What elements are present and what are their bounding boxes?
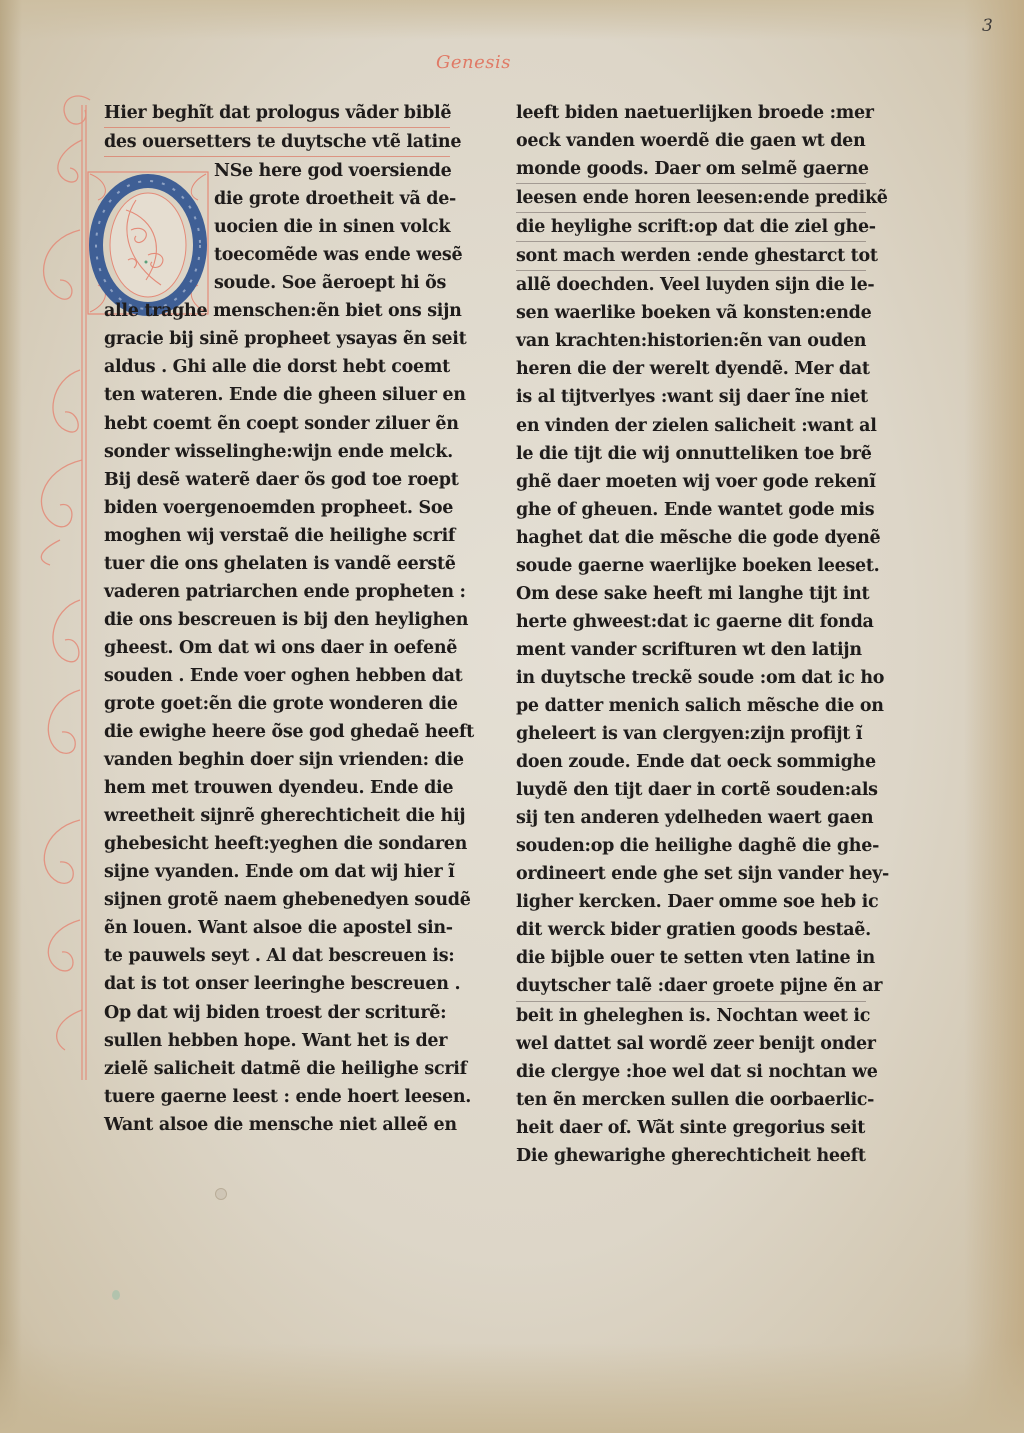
paper-edge-top <box>0 0 1024 40</box>
text-line: die clergye :hoe wel dat si nochtan we <box>516 1058 866 1086</box>
text-line: vanden beghin doer sijn vrienden: die <box>104 746 450 774</box>
right-text-column: leeft biden naetuerlijken broede :mer oe… <box>516 99 866 1170</box>
text-line: die ons bescreuen is bij den heylighen <box>104 606 450 634</box>
text-line: tuere gaerne leest : ende hoert leesen. <box>104 1083 450 1111</box>
text-line: sijne vyanden. Ende om dat wij hier ĩ <box>104 858 450 886</box>
text-line: heren die der werelt dyendẽ. Mer dat <box>516 355 866 383</box>
text-line: monde goods. Daer om selmẽ gaerne <box>516 155 866 184</box>
text-line: dat is tot onser leeringhe bescreuen . <box>104 970 450 998</box>
text-line: wel dattet sal wordẽ zeer benijt onder <box>516 1030 866 1058</box>
text-line: NSe here god voersiende <box>104 157 450 185</box>
text-line: Op dat wij biden troest der scriturẽ: <box>104 999 450 1027</box>
text-line: leesen ende horen leesen:ende predikẽ <box>516 184 866 213</box>
prologue-heading-line: des ouersetters te duytsche vtẽ latine <box>104 128 450 157</box>
text-line: aldus . Ghi alle die dorst hebt coemt <box>104 353 450 381</box>
paper-edge-bottom <box>0 1343 1024 1433</box>
text-line: moghen wij verstaẽ die heilighe scrif <box>104 522 450 550</box>
text-line: gracie bij sinẽ propheet ysayas ẽn seit <box>104 325 450 353</box>
text-line: van krachten:historien:ẽn van ouden <box>516 327 866 355</box>
text-line: haghet dat die mẽsche die gode dyenẽ <box>516 524 866 552</box>
text-line: Die ghewarighe gherechticheit heeft <box>516 1142 866 1170</box>
text-line: ten ẽn mercken sullen die oorbaerlic- <box>516 1086 866 1114</box>
text-line: leeft biden naetuerlijken broede :mer <box>516 99 866 127</box>
text-line: sijnen grotẽ naem ghebenedyen soudẽ <box>104 886 450 914</box>
text-line: ghẽ daer moeten wij voer gode rekenĩ <box>516 468 866 496</box>
text-line: duytscher talẽ :daer groete pijne ẽn ar <box>516 972 866 1001</box>
paper-stain <box>112 1290 120 1300</box>
text-line: soude gaerne waerlijke boeken leeset. <box>516 552 866 580</box>
text-line: en vinden der zielen salicheit :want al <box>516 412 866 440</box>
text-line: ligher kercken. Daer omme soe heb ic <box>516 888 866 916</box>
text-line: tuer die ons ghelaten is vandẽ eerstẽ <box>104 550 450 578</box>
paper-stain <box>215 1188 227 1200</box>
manuscript-page: 3 Genesis <box>0 0 1024 1433</box>
text-line: Bij desẽ waterẽ daer õs god toe roept <box>104 466 450 494</box>
text-line: ordineert ende ghe set sijn vander hey- <box>516 860 866 888</box>
text-line: hem met trouwen dyendeu. Ende die <box>104 774 450 802</box>
text-line: gheest. Om dat wi ons daer in oefenẽ <box>104 634 450 662</box>
text-line: le die tijt die wij onnutteliken toe brẽ <box>516 440 866 468</box>
text-line: sont mach werden :ende ghestarct tot <box>516 242 866 271</box>
text-line: alle traghe menschen:ẽn biet ons sijn <box>104 297 450 325</box>
text-line: dit werck bider gratien goods bestaẽ. <box>516 916 866 944</box>
text-line: gheleert is van clergyen:zijn profijt ĩ <box>516 720 866 748</box>
text-line: allẽ doechden. Veel luyden sijn die le- <box>516 271 866 299</box>
text-line: beit in gheleghen is. Nochtan weet ic <box>516 1002 866 1030</box>
text-line: te pauwels seyt . Al dat bescreuen is: <box>104 942 450 970</box>
text-line: grote goet:ẽn die grote wonderen die <box>104 690 450 718</box>
text-line: in duytsche treckẽ soude :om dat ic ho <box>516 664 866 692</box>
text-line: wreetheit sijnrẽ gherechticheit die hij <box>104 802 450 830</box>
running-head: Genesis <box>436 52 511 73</box>
text-line: souden . Ende voer oghen hebben dat <box>104 662 450 690</box>
text-line: zielẽ salicheit datmẽ die heilighe scrif <box>104 1055 450 1083</box>
text-line: Om dese sake heeft mi langhe tijt int <box>516 580 866 608</box>
text-line: luydẽ den tijt daer in cortẽ souden:als <box>516 776 866 804</box>
text-line: heit daer of. Wãt sinte gregorius seit <box>516 1114 866 1142</box>
text-line: ment vander scrifturen wt den latijn <box>516 636 866 664</box>
text-line: sullen hebben hope. Want het is der <box>104 1027 450 1055</box>
text-line: sen waerlike boeken vã konsten:ende <box>516 299 866 327</box>
folio-number: 3 <box>982 16 993 36</box>
text-line: die bijble ouer te setten vten latine in <box>516 944 866 972</box>
prologue-heading-line: Hier beghĩt dat prologus vãder biblẽ <box>104 99 450 128</box>
text-line: souden:op die heilighe daghẽ die ghe- <box>516 832 866 860</box>
text-line: die ewighe heere õse god ghedaẽ heeft <box>104 718 450 746</box>
text-line: vaderen patriarchen ende propheten : <box>104 578 450 606</box>
paper-edge-left <box>0 0 22 1433</box>
text-line: soude. Soe ãeroept hi õs <box>104 269 450 297</box>
text-line: herte ghweest:dat ic gaerne dit fonda <box>516 608 866 636</box>
paper-edge-right <box>964 0 1024 1433</box>
text-line: biden voergenoemden propheet. Soe <box>104 494 450 522</box>
text-line: toecomẽde was ende wesẽ <box>104 241 450 269</box>
text-line: ten wateren. Ende die gheen siluer en <box>104 381 450 409</box>
text-line: sonder wisselinghe:wijn ende melck. <box>104 438 450 466</box>
text-line: ghe of gheuen. Ende wantet gode mis <box>516 496 866 524</box>
text-line: uocien die in sinen volck <box>104 213 450 241</box>
text-line: die heylighe scrift:op dat die ziel ghe- <box>516 213 866 242</box>
text-line: is al tijtverlyes :want sij daer ĩne nie… <box>516 383 866 411</box>
text-line: pe datter menich salich mẽsche die on <box>516 692 866 720</box>
text-line: Want alsoe die mensche niet alleẽ en <box>104 1111 450 1139</box>
left-text-column: Hier beghĩt dat prologus vãder biblẽ des… <box>104 99 450 1139</box>
text-line: oeck vanden woerdẽ die gaen wt den <box>516 127 866 155</box>
text-line: ẽn louen. Want alsoe die apostel sin- <box>104 914 450 942</box>
text-line: die grote droetheit vã de- <box>104 185 450 213</box>
text-line: sij ten anderen ydelheden waert gaen <box>516 804 866 832</box>
text-line: hebt coemt ẽn coept sonder ziluer ẽn <box>104 410 450 438</box>
text-line: doen zoude. Ende dat oeck sommighe <box>516 748 866 776</box>
text-line: ghebesicht heeft:yeghen die sondaren <box>104 830 450 858</box>
